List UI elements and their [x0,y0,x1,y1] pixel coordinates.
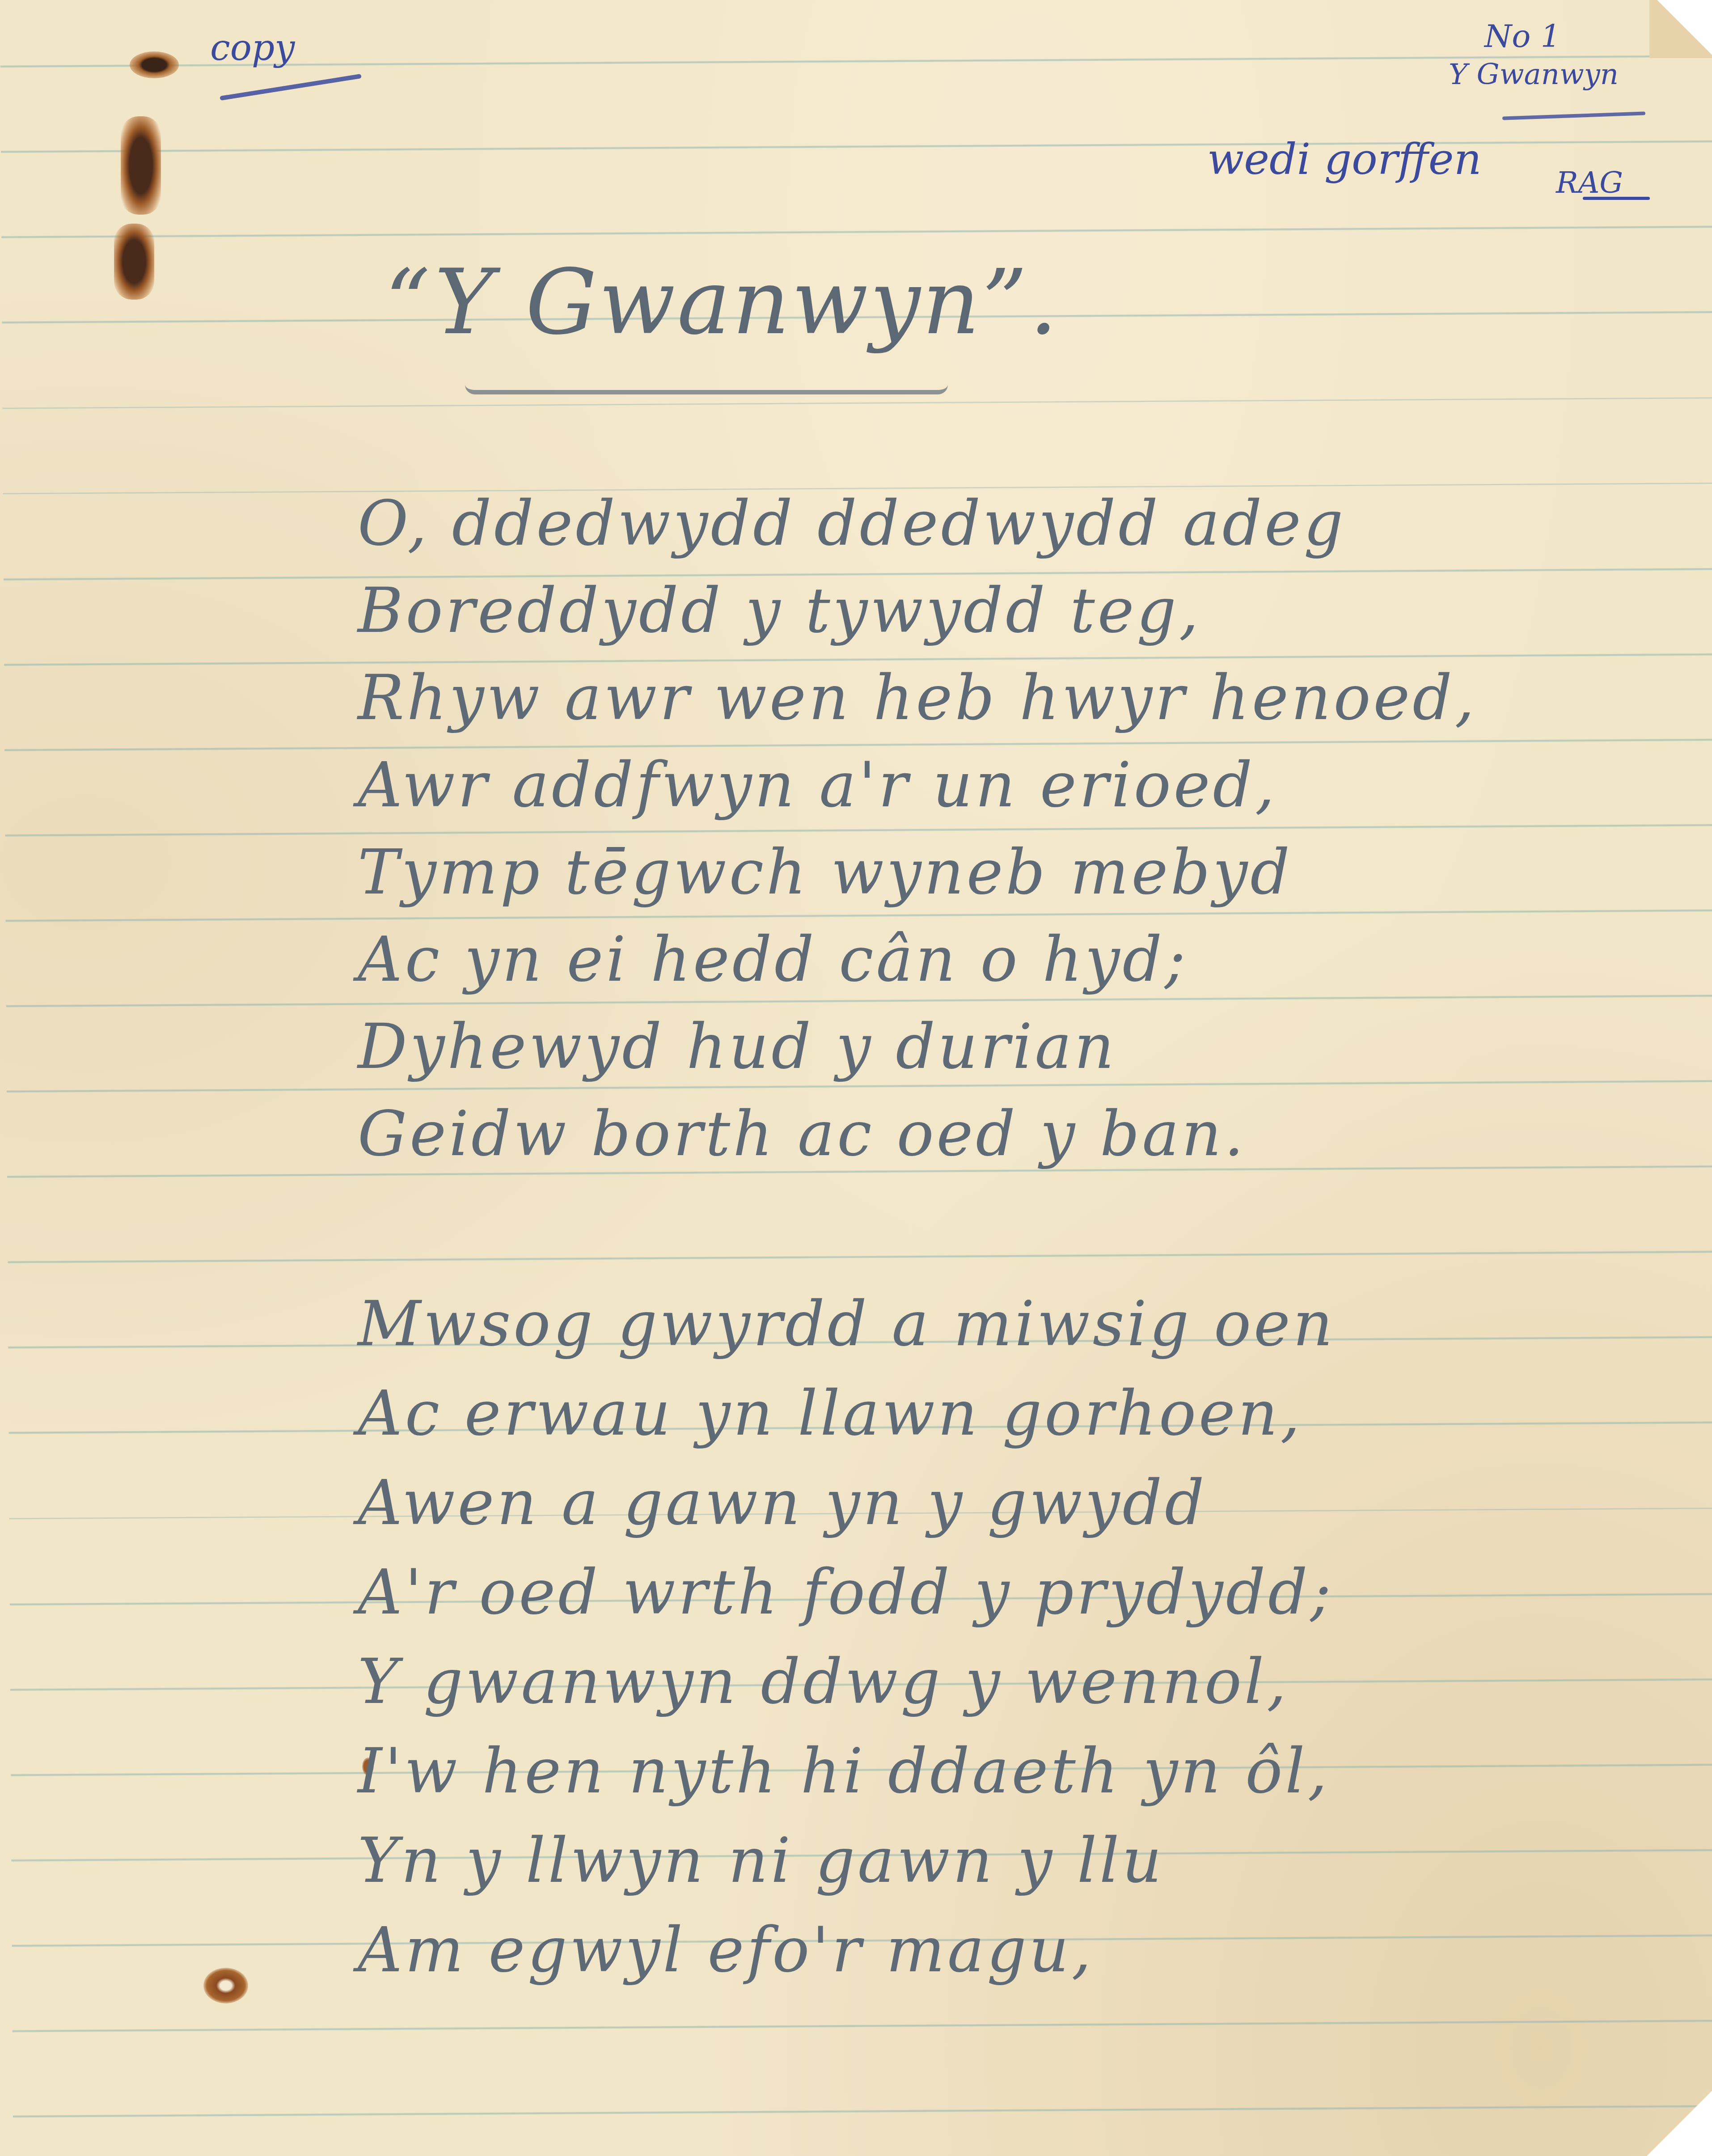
poem-line: Y gwanwyn ddwg y wennol, [358,1646,1289,1718]
annotation-initials: RAG [1556,165,1623,200]
poem-line: Yn y llwyn ni gawn y llu [358,1825,1164,1897]
rust-staple-hole-top [130,51,179,78]
poem-line: Awen a gawn yn y gwydd [358,1467,1207,1539]
poem-line: Mwsog gwyrdd a miwsig oen [358,1288,1336,1360]
poem-title: “Y Gwanwyn”. [385,250,1059,355]
poem-line: Boreddydd y tywydd teg, [358,575,1201,647]
poem-line: Ac yn ei hedd cân o hyd; [358,923,1188,995]
poem-title-underline [465,385,948,394]
rust-staple-mark-middle [121,116,161,215]
annotation-copy: copy [210,27,295,68]
rust-stain-bottom-left [203,1968,248,2004]
poem-line: Dyhewyd hud y durian [358,1011,1117,1083]
rust-staple-mark-lower [114,224,154,300]
annotation-number: No 1 [1484,18,1560,55]
annotation-title: Y Gwanwyn [1449,58,1619,91]
folded-corner-top-right [1649,0,1712,58]
torn-corner-bottom-right [1623,2084,1712,2156]
poem-line: Am egwyl efo'r magu, [358,1914,1094,1986]
poem-line: Awr addfwyn a'r un erioed, [358,749,1277,821]
annotation-initials-underline [1583,197,1650,200]
poem-line: I'w hen nyth hi ddaeth yn ôl, [358,1735,1330,1807]
poem-line: A'r oed wrth fodd y prydydd; [358,1556,1334,1628]
poem-line: Tymp tēgwch wyneb mebyd [358,836,1293,908]
poem-line: Geidw borth ac oed y ban. [358,1098,1247,1170]
poem-line: O, ddedwydd ddedwydd adeg [358,487,1346,559]
poem-line: Rhyw awr wen heb hwyr henoed, [358,662,1477,734]
annotation-status: wedi gorffen [1207,134,1481,184]
poem-line: Ac erwau yn llawn gorhoen, [358,1377,1302,1449]
